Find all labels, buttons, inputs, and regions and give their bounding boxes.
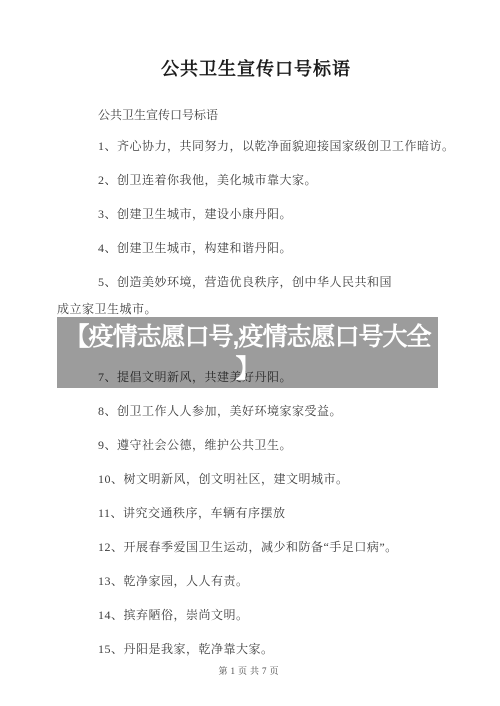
list-item-12: 12、开展春季爱国卫生运动，减少和防备“手足口病”。 bbox=[57, 534, 455, 561]
list-item-5: 5、创造美妙环境，营造优良秩序，创中华人民共和国成立家卫生城市。 bbox=[57, 269, 401, 323]
list-item-3: 3、创建卫生城市，建设小康丹阳。 bbox=[57, 201, 455, 228]
list-item-8: 8、创卫工作人人参加，美好环境家家受益。 bbox=[57, 398, 455, 425]
list-item-14: 14、摈弃陋俗，崇尚文明。 bbox=[57, 602, 455, 629]
document-subtitle: 公共卫生宣传口号标语 bbox=[57, 104, 455, 126]
list-item-9: 9、遵守社会公德，维护公共卫生。 bbox=[57, 432, 455, 459]
document-page: 公共卫生宣传口号标语 公共卫生宣传口号标语 1、齐心协力，共同努力，以乾净面貌迎… bbox=[0, 0, 500, 706]
list-item-13: 13、乾净家园，人人有责。 bbox=[57, 568, 455, 595]
list-item-2: 2、创卫连着你我他，美化城市靠大家。 bbox=[57, 167, 455, 194]
list-item-6-obscured bbox=[57, 330, 455, 357]
list-item-4: 4、创建卫生城市，构建和谐丹阳。 bbox=[57, 235, 455, 262]
list-item-10: 10、树文明新风，创文明社区，建文明城市。 bbox=[57, 466, 455, 493]
list-item-15: 15、丹阳是我家，乾净靠大家。 bbox=[57, 636, 455, 663]
page-title: 公共卫生宣传口号标语 bbox=[57, 56, 455, 82]
page-number-footer: 第1页共7页 bbox=[0, 664, 500, 677]
list-item-11: 11、讲究交通秩序，车辆有序摆放 bbox=[57, 500, 455, 527]
document-content: 公共卫生宣传口号标语 公共卫生宣传口号标语 1、齐心协力，共同努力，以乾净面貌迎… bbox=[0, 0, 500, 663]
list-item-1: 1、齐心协力，共同努力，以乾净面貌迎接国家级创卫工作暗访。 bbox=[57, 133, 455, 160]
list-item-7: 7、提倡文明新风，共建美好丹阳。 bbox=[57, 364, 455, 391]
